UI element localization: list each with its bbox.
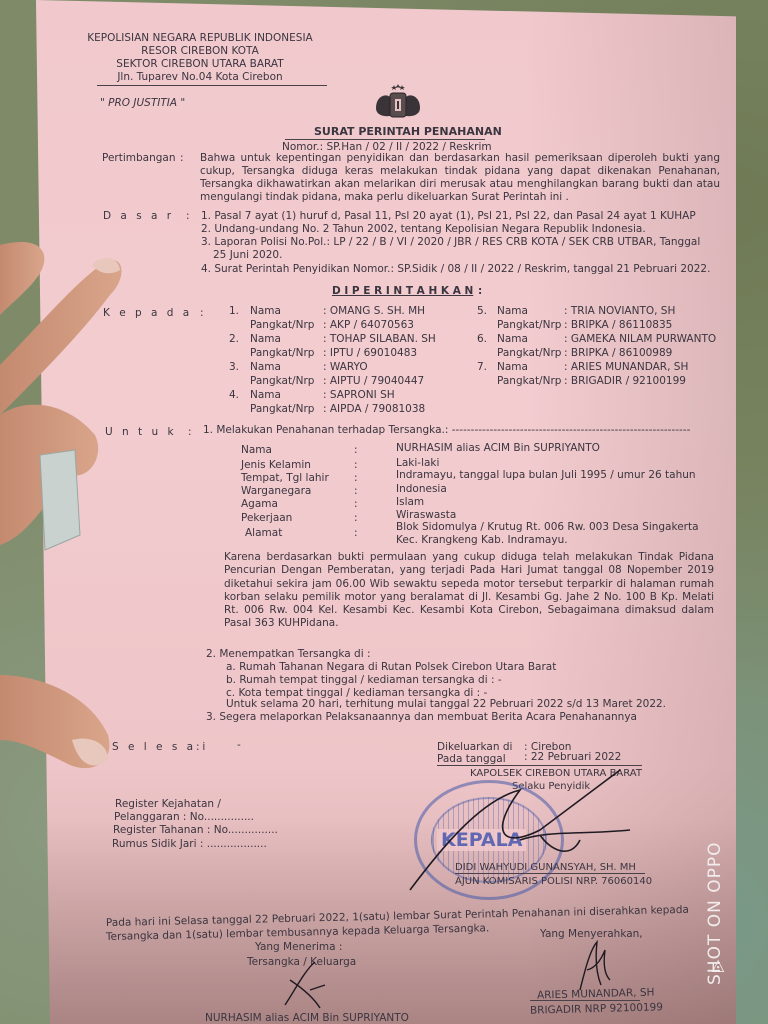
- untuk-item-2b: b. Rumah tempat tinggal / kediaman tersa…: [226, 674, 502, 687]
- officer-number: 2.: [229, 333, 239, 346]
- dasar-label: D a s a r: [103, 210, 174, 223]
- colon: :: [186, 210, 190, 223]
- officer-rank: : IPTU / 69010483: [323, 347, 417, 360]
- dasar-item-2: 2. Undang-undang No. 2 Tahun 2002, tenta…: [201, 223, 646, 236]
- officer-name: : WARYO: [323, 361, 368, 374]
- officer-rank: : BRIGADIR / 92100199: [564, 375, 686, 388]
- officer-name: : GAMEKA NILAM PURWANTO: [564, 333, 716, 346]
- officer-name: : OMANG S. SH. MH: [323, 305, 425, 318]
- header-line-3: SEKTOR CIREBON UTARA BARAT: [70, 58, 330, 71]
- suspect-value: NURHASIM alias ACIM Bin SUPRIYANTO: [396, 442, 600, 455]
- rank-label: Pangkat/Nrp: [497, 347, 561, 360]
- suspect-label: Agama: [241, 498, 278, 511]
- colon: :: [354, 498, 358, 511]
- pertimbangan-text: Bahwa untuk kepentingan penyidikan dan b…: [200, 152, 720, 204]
- document-title: SURAT PERINTAH PENAHANAN: [314, 125, 502, 138]
- colon: :: [180, 152, 184, 165]
- suspect-value: Indonesia: [396, 483, 447, 496]
- officer-number: 3.: [229, 361, 239, 374]
- officer-number: 7.: [477, 361, 487, 374]
- name-label: Nama: [497, 361, 528, 374]
- name-label: Nama: [497, 305, 528, 318]
- rank-label: Pangkat/Nrp: [497, 375, 561, 388]
- officer-name: : ARIES MUNANDAR, SH: [564, 361, 688, 374]
- receiver-label: Yang Menerima :: [255, 941, 342, 954]
- untuk-item-2: 2. Menempatkan Tersangka di :: [206, 648, 371, 661]
- colon: :: [478, 285, 482, 298]
- pro-justitia: " PRO JUSTITIA ": [100, 97, 185, 110]
- police-emblem-icon: [370, 84, 426, 124]
- rank-label: Pangkat/Nrp: [497, 319, 561, 332]
- name-label: Nama: [250, 305, 281, 318]
- untuk-item-1: 1. Melakukan Penahanan terhadap Tersangk…: [203, 424, 690, 437]
- giver-name-underline: [530, 1000, 640, 1001]
- header-address: Jln. Tuparev No.04 Kota Cirebon: [70, 71, 330, 84]
- hand-fingers: [0, 235, 130, 805]
- suspect-value: Blok Sidomulya / Krutug Rt. 006 Rw. 003 …: [396, 521, 699, 534]
- officer-name: : SAPRONI SH: [323, 389, 395, 402]
- rank-label: Pangkat/Nrp: [250, 347, 314, 360]
- receiver-name: NURHASIM alias ACIM Bin SUPRIYANTO: [205, 1012, 409, 1024]
- dasar-item-3: 3. Laporan Polisi No.Pol.: LP / 22 / B /…: [201, 236, 700, 249]
- colon: :: [354, 472, 358, 485]
- name-label: Nama: [250, 389, 281, 402]
- offense-description: Karena berdasarkan bukti permulaan yang …: [224, 551, 714, 631]
- register-line-2: Pelanggaran : No...............: [114, 811, 254, 824]
- dasar-item-1: 1. Pasal 7 ayat (1) huruf d, Pasal 11, P…: [201, 210, 696, 223]
- officer-rank: : AIPDA / 79081038: [323, 403, 425, 416]
- name-label: Nama: [250, 361, 281, 374]
- suspect-label: Nama: [241, 444, 272, 457]
- suspect-value: Islam: [396, 496, 424, 509]
- colon: :: [354, 444, 358, 457]
- officer-name: : TRIA NOVIANTO, SH: [564, 305, 675, 318]
- header-line-1: KEPOLISIAN NEGARA REPUBLIK INDONESIA: [70, 32, 330, 45]
- pertimbangan-label: Pertimbangan: [102, 152, 176, 165]
- issuer-name-underline: [455, 873, 645, 874]
- suspect-label: Alamat: [245, 527, 282, 540]
- colon: :: [354, 485, 358, 498]
- detention-duration: Untuk selama 20 hari, terhitung mulai ta…: [226, 698, 666, 711]
- rank-label: Pangkat/Nrp: [250, 319, 314, 332]
- name-label: Nama: [250, 333, 281, 346]
- officer-rank: : AIPTU / 79040447: [323, 375, 424, 388]
- register-line-3: Register Tahanan : No...............: [113, 824, 278, 837]
- officer-number: 5.: [477, 305, 487, 318]
- colon: :: [354, 459, 358, 472]
- header-line-2: RESOR CIREBON KOTA: [70, 45, 330, 58]
- title-underline: [285, 139, 485, 140]
- officer-name: : TOHAP SILABAN. SH: [323, 333, 436, 346]
- suspect-label: Pekerjaan: [241, 512, 292, 525]
- suspect-label: Warganegara: [241, 485, 311, 498]
- issuer-rank: AJUN KOMISARIS POLISI NRP. 76060140: [455, 875, 652, 888]
- colon: :: [200, 307, 204, 320]
- untuk-item-3: 3. Segera melaporkan Pelaksanaannya dan …: [206, 711, 637, 724]
- suspect-label: Tempat, Tgl lahir: [241, 472, 329, 485]
- officer-rank: : BRIPKA / 86100989: [564, 347, 672, 360]
- colon: :: [188, 426, 192, 439]
- officer-number: 1.: [229, 305, 239, 318]
- dasar-item-4: 4. Surat Perintah Penyidikan Nomor.: SP.…: [201, 263, 710, 276]
- officer-rank: : AKP / 64070563: [323, 319, 414, 332]
- officer-number: 6.: [477, 333, 487, 346]
- colon: :: [354, 512, 358, 525]
- register-line-1: Register Kejahatan /: [115, 798, 221, 811]
- name-label: Nama: [497, 333, 528, 346]
- register-line-4: Rumus Sidik Jari : ..................: [112, 838, 267, 851]
- header-divider: [97, 85, 327, 86]
- officer-number: 4.: [229, 389, 239, 402]
- colon: :: [354, 527, 358, 540]
- untuk-item-2a: a. Rumah Tahanan Negara di Rutan Polsek …: [226, 661, 556, 674]
- suspect-value: Indramayu, tanggal lupa bulan Juli 1995 …: [396, 469, 696, 482]
- colon: :: [196, 741, 200, 754]
- officer-rank: : BRIPKA / 86110835: [564, 319, 672, 332]
- diperintahkan-heading: D I P E R I N T A H K A N: [332, 285, 473, 298]
- suspect-value: Kec. Krangkeng Kab. Indramayu.: [396, 534, 568, 547]
- rank-label: Pangkat/Nrp: [250, 403, 314, 416]
- receiver-signature: [280, 960, 340, 1010]
- dasar-item-3-cont: 25 Juni 2020.: [213, 249, 282, 262]
- rank-label: Pangkat/Nrp: [250, 375, 314, 388]
- selesai-value: -: [237, 739, 241, 752]
- camera-watermark: SHOT ON OPPO: [705, 841, 725, 985]
- suspect-label: Jenis Kelamin: [241, 459, 311, 472]
